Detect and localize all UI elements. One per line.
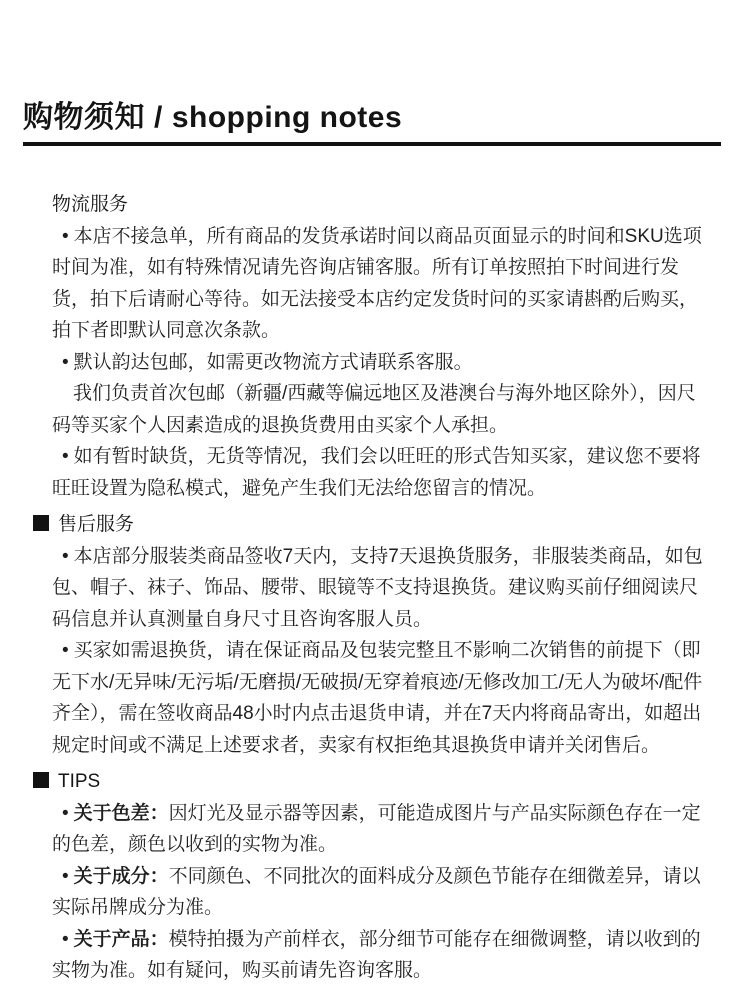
paragraph-stock-notice: •如有暂时缺货，无货等情况，我们会以旺旺的形式告知买家，建议您不要将旺旺设置为隐… xyxy=(52,441,714,504)
section-heading-label: 售后服务 xyxy=(58,514,134,535)
shopping-notes-page: 购物须知/shopping notes 物流服务 •本店不接急单，所有商品的发货… xyxy=(0,0,750,992)
paragraph-default-courier: •默认韵达包邮，如需更改物流方式请联系客服。 xyxy=(52,347,714,379)
paragraph-text: 本店不接急单，所有商品的发货承诺时间以商品页面显示的时间和SKU选项时间为准，如… xyxy=(52,226,702,342)
title-divider-line xyxy=(23,142,721,146)
section-after-sales: 售后服务 •本店部分服装类商品签收7天内，支持7天退换货服务，非服装类商品，如包… xyxy=(52,509,714,761)
page-title-en: shopping notes xyxy=(172,101,402,134)
bullet-icon: • xyxy=(62,803,74,824)
paragraph-return-conditions: •买家如需退换货，请在保证商品及包装完整且不影响二次销售的前提下（即无下水/无异… xyxy=(52,635,714,761)
bullet-icon: • xyxy=(62,866,74,887)
square-marker-icon xyxy=(33,772,49,788)
bullet-icon: • xyxy=(62,640,74,661)
square-marker-icon xyxy=(33,515,49,531)
notes-content: 物流服务 •本店不接急单，所有商品的发货承诺时间以商品页面显示的时间和SKU选项… xyxy=(52,189,714,987)
paragraph-text: 本店部分服装类商品签收7天内，支持7天退换货服务，非服装类商品，如包包、帽子、袜… xyxy=(52,546,703,630)
bullet-icon: • xyxy=(62,929,74,950)
section-tips: TIPS •关于色差：因灯光及显示器等因素，可能造成图片与产品实际颜色存在一定的… xyxy=(52,766,714,987)
tip-label: 关于成分： xyxy=(74,866,169,887)
page-title: 购物须知/shopping notes xyxy=(23,92,402,136)
paragraph-tip-composition: •关于成分：不同颜色、不同批次的面料成分及颜色节能存在细微差异，请以实际吊牌成分… xyxy=(52,861,714,924)
bullet-icon: • xyxy=(62,546,74,567)
section-heading-after-sales: 售后服务 xyxy=(33,509,714,541)
section-heading-label: 物流服务 xyxy=(52,194,128,215)
paragraph-text: 我们负责首次包邮（新疆/西藏等偏远地区及港澳台与海外地区除外），因尺码等买家个人… xyxy=(52,383,696,436)
bullet-icon: • xyxy=(62,226,74,247)
section-heading-logistics: 物流服务 xyxy=(52,189,714,221)
tip-label: 关于产品： xyxy=(74,929,169,950)
paragraph-return-policy: •本店部分服装类商品签收7天内，支持7天退换货服务，非服装类商品，如包包、帽子、… xyxy=(52,541,714,636)
paragraph-free-shipping-scope: 我们负责首次包邮（新疆/西藏等偏远地区及港澳台与海外地区除外），因尺码等买家个人… xyxy=(52,378,714,441)
tip-label: 关于色差： xyxy=(74,803,169,824)
paragraph-text: 买家如需退换货，请在保证商品及包装完整且不影响二次销售的前提下（即无下水/无异味… xyxy=(52,640,702,756)
section-logistics: 物流服务 •本店不接急单，所有商品的发货承诺时间以商品页面显示的时间和SKU选项… xyxy=(52,189,714,504)
page-title-separator: / xyxy=(154,101,163,134)
section-heading-tips: TIPS xyxy=(33,766,714,798)
bullet-icon: • xyxy=(62,352,74,373)
paragraph-tip-color: •关于色差：因灯光及显示器等因素，可能造成图片与产品实际颜色存在一定的色差，颜色… xyxy=(52,798,714,861)
paragraph-text: 默认韵达包邮，如需更改物流方式请联系客服。 xyxy=(74,352,473,373)
page-title-zh: 购物须知 xyxy=(23,101,145,134)
paragraph-text: 如有暂时缺货，无货等情况，我们会以旺旺的形式告知买家，建议您不要将旺旺设置为隐私… xyxy=(52,446,701,499)
bullet-icon: • xyxy=(62,446,74,467)
paragraph-tip-product: •关于产品：模特拍摄为产前样衣，部分细节可能存在细微调整，请以收到的实物为准。如… xyxy=(52,924,714,987)
section-heading-label: TIPS xyxy=(58,771,100,792)
paragraph-shipping-promise: •本店不接急单，所有商品的发货承诺时间以商品页面显示的时间和SKU选项时间为准，… xyxy=(52,221,714,347)
